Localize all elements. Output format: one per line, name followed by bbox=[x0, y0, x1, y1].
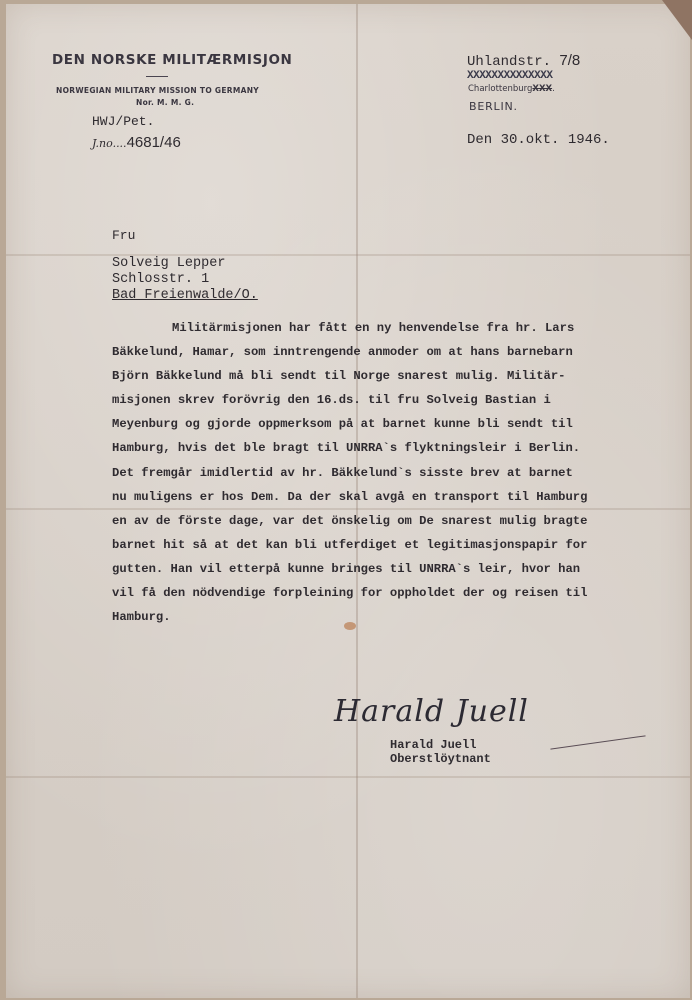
recipient-address: Solveig Lepper Schlosstr. 1 Bad Freienwa… bbox=[112, 256, 258, 304]
letter-body: Militärmisjonen har fått en ny henvendel… bbox=[112, 316, 692, 629]
recipient-city: Bad Freienwalde/O. bbox=[112, 288, 258, 304]
torn-corner bbox=[662, 0, 692, 40]
sender-street: Uhlandstr. 7/8 bbox=[467, 52, 580, 70]
sender-district-struck: XXX bbox=[532, 84, 552, 94]
fold-line-horizontal bbox=[6, 776, 690, 778]
body-line: Bäkkelund, Hamar, som inntrengende anmod… bbox=[112, 340, 692, 364]
letter-date: Den 30.okt. 1946. bbox=[467, 132, 610, 148]
body-line: gutten. Han vil etterpå kunne bringes ti… bbox=[112, 557, 692, 581]
journal-number-value: 4681/46 bbox=[127, 134, 181, 151]
signatory-title: Oberstlöytnant bbox=[390, 752, 491, 766]
body-line: en av de förste dage, var det önskelig o… bbox=[112, 509, 692, 533]
sender-district: CharlottenburgXXX. bbox=[468, 84, 555, 94]
body-line: Det fremgår imidlertid av hr. Bäkkelund`… bbox=[112, 461, 692, 485]
salutation: Fru bbox=[112, 228, 135, 243]
sender-district-name: Charlottenburg bbox=[468, 84, 532, 94]
organization-name: DEN NORSKE MILITÆRMISJON bbox=[52, 52, 292, 68]
recipient-name: Solveig Lepper bbox=[112, 256, 258, 272]
recipient-street: Schlosstr. 1 bbox=[112, 272, 258, 288]
handwritten-signature: Harald Juell bbox=[334, 694, 529, 729]
journal-label: J.no.... bbox=[92, 137, 127, 150]
body-line: misjonen skrev forövrig den 16.ds. til f… bbox=[112, 388, 692, 412]
fold-line-horizontal bbox=[6, 254, 690, 256]
sender-street-name: Uhlandstr. bbox=[467, 54, 551, 70]
body-line: Hamburg, hvis det ble bragt til UNRRA`s … bbox=[112, 436, 692, 460]
body-line: Björn Bäkkelund må bli sendt til Norge s… bbox=[112, 364, 692, 388]
organization-subtitle: NORWEGIAN MILITARY MISSION TO GERMANY bbox=[56, 86, 259, 95]
body-line: Militärmisjonen har fått en ny henvendel… bbox=[112, 316, 692, 340]
signatory-block: Harald Juell Oberstlöytnant bbox=[390, 738, 491, 766]
sender-city: BERLIN. bbox=[469, 100, 518, 113]
reference-initials: HWJ/Pet. bbox=[92, 114, 154, 129]
body-line: Meyenburg og gjorde oppmerksom på at bar… bbox=[112, 412, 692, 436]
body-line: nu muligens er hos Dem. Da der skal avgå… bbox=[112, 485, 692, 509]
body-line: barnet hit så at det kan bli utferdiget … bbox=[112, 533, 692, 557]
organization-abbreviation: Nor. M. M. G. bbox=[136, 98, 194, 107]
struck-address-line: XXXXXXXXXXXXXX bbox=[467, 70, 552, 82]
letterhead-divider bbox=[146, 76, 168, 77]
signatory-name: Harald Juell bbox=[390, 738, 491, 752]
body-line: vil få den nödvendige forpleining for op… bbox=[112, 581, 692, 605]
ink-stain bbox=[344, 622, 356, 630]
body-line: Hamburg. bbox=[112, 605, 692, 629]
sender-street-number: 7/8 bbox=[559, 52, 580, 69]
journal-number: J.no....4681/46 bbox=[92, 134, 181, 151]
